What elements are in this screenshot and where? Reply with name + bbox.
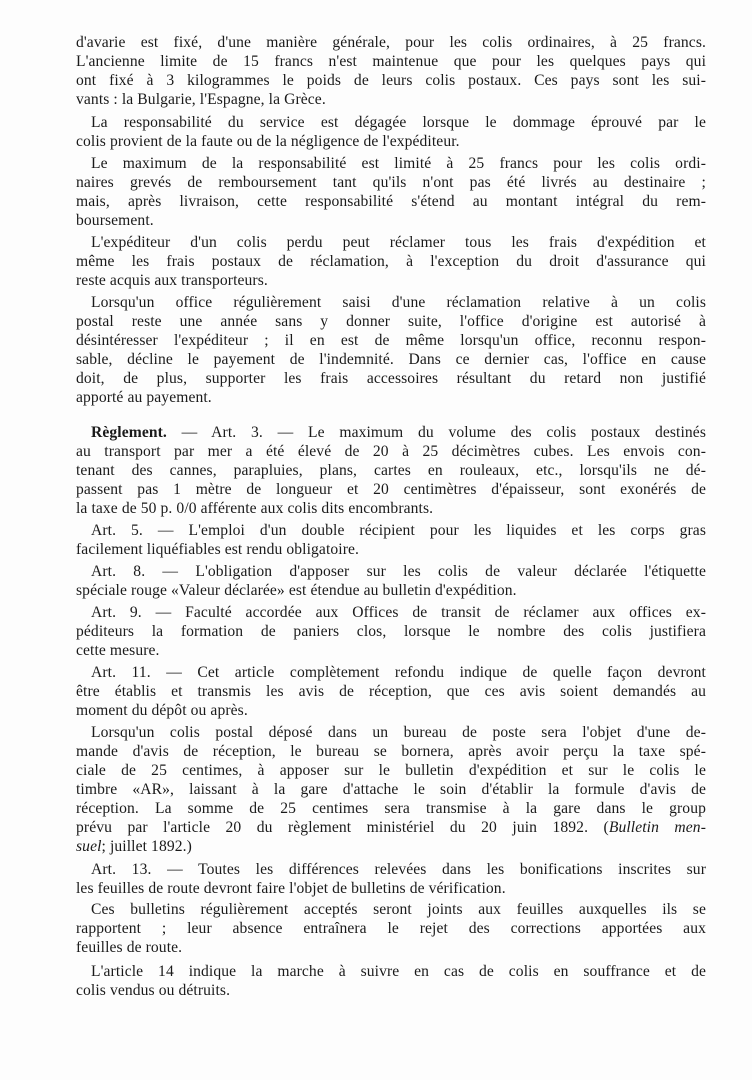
text-line: les feuilles de route devront faire l'ob… bbox=[76, 879, 706, 898]
text-line: ont fixé à 3 kilogrammes le poids de leu… bbox=[76, 71, 706, 90]
text-line: L'article 14 indique la marche à suivre … bbox=[91, 962, 706, 981]
text-line: mais, après livraison, cette responsabil… bbox=[76, 192, 706, 211]
text-line: rapportent ; leur absence entraînera le … bbox=[76, 919, 706, 938]
text-line: mande d'avis de réception, le bureau se … bbox=[76, 742, 706, 761]
text-line: apporté au payement. bbox=[76, 388, 706, 407]
text-line: être établis et transmis les avis de réc… bbox=[76, 682, 706, 701]
text-line: L'expéditeur d'un colis perdu peut récla… bbox=[91, 233, 706, 252]
scanned-page: d'avarie est fixé, d'une manière général… bbox=[0, 0, 752, 1080]
text-line: même les frais postaux de réclamation, à… bbox=[76, 252, 706, 271]
text-line: colis provient de la faute ou de la négl… bbox=[76, 132, 706, 151]
text-line: au transport par mer a été élevé de 20 à… bbox=[76, 442, 706, 461]
text-line: vants : la Bulgarie, l'Espagne, la Grèce… bbox=[76, 90, 706, 109]
text-line: passent pas 1 mètre de longueur et 20 ce… bbox=[76, 480, 706, 499]
text-line: Ces bulletins régulièrement acceptés ser… bbox=[91, 900, 706, 919]
text-line: Art. 11. — Cet article complètement refo… bbox=[91, 663, 706, 682]
text-line: la taxe de 50 p. 0/0 afférente aux colis… bbox=[76, 499, 706, 518]
section-heading-reglement: Règlement. bbox=[91, 424, 167, 441]
citation-italic: suel bbox=[76, 838, 102, 855]
text-line: feuilles de route. bbox=[76, 938, 706, 957]
text-line: cette mesure. bbox=[76, 641, 706, 660]
text-line: sable, décline le payement de l'indemnit… bbox=[76, 350, 706, 369]
text-line: Art. 8. — L'obligation d'apposer sur les… bbox=[91, 562, 706, 581]
text-line: La responsabilité du service est dégagée… bbox=[91, 113, 706, 132]
text-line: tenant des cannes, parapluies, plans, ca… bbox=[76, 461, 706, 480]
text-line: Lorsqu'un office régulièrement saisi d'u… bbox=[91, 293, 706, 312]
text-line: Art. 9. — Faculté accordée aux Offices d… bbox=[91, 603, 706, 622]
text-run: — Art. 3. — Le maximum du volume des col… bbox=[167, 424, 706, 441]
text-line: timbre «AR», laissant à la gare d'attach… bbox=[76, 780, 706, 799]
text-line: boursement. bbox=[76, 211, 706, 230]
text-line: doit, de plus, supporter les frais acces… bbox=[76, 369, 706, 388]
text-line: colis vendus ou détruits. bbox=[76, 981, 706, 1000]
text-line: naires grevés de remboursement tant qu'i… bbox=[76, 173, 706, 192]
text-run: ; juillet 1892.) bbox=[102, 838, 192, 855]
text-line: péditeurs la formation de paniers clos, … bbox=[76, 622, 706, 641]
text-line: désintéresser l'expéditeur ; il en est d… bbox=[76, 331, 706, 350]
text-line: moment du dépôt ou après. bbox=[76, 701, 706, 720]
text-line: postal reste une année sans y donner sui… bbox=[76, 312, 706, 331]
text-line: facilement liquéfiables est rendu obliga… bbox=[76, 540, 706, 559]
text-line: réception. La somme de 25 centimes sera … bbox=[76, 799, 706, 818]
text-line: ciale de 25 centimes, à apposer sur le b… bbox=[76, 761, 706, 780]
text-line: L'ancienne limite de 15 francs n'est mai… bbox=[76, 52, 706, 71]
text-run: prévu par l'article 20 du règlement mini… bbox=[76, 819, 609, 836]
text-line: suel; juillet 1892.) bbox=[76, 837, 706, 856]
text-line: Art. 13. — Toutes les différences relevé… bbox=[91, 860, 706, 879]
text-line: reste acquis aux transporteurs. bbox=[76, 271, 706, 290]
text-line: Règlement. — Art. 3. — Le maximum du vol… bbox=[91, 423, 706, 442]
text-line: Art. 5. — L'emploi d'un double récipient… bbox=[91, 521, 706, 540]
text-line: d'avarie est fixé, d'une manière général… bbox=[76, 33, 706, 52]
text-line: prévu par l'article 20 du règlement mini… bbox=[76, 818, 706, 837]
text-line: Lorsqu'un colis postal déposé dans un bu… bbox=[91, 723, 706, 742]
citation-italic: Bulletin men- bbox=[609, 819, 706, 836]
text-line: Le maximum de la responsabilité est limi… bbox=[91, 154, 706, 173]
text-line: spéciale rouge «Valeur déclarée» est éte… bbox=[76, 581, 706, 600]
